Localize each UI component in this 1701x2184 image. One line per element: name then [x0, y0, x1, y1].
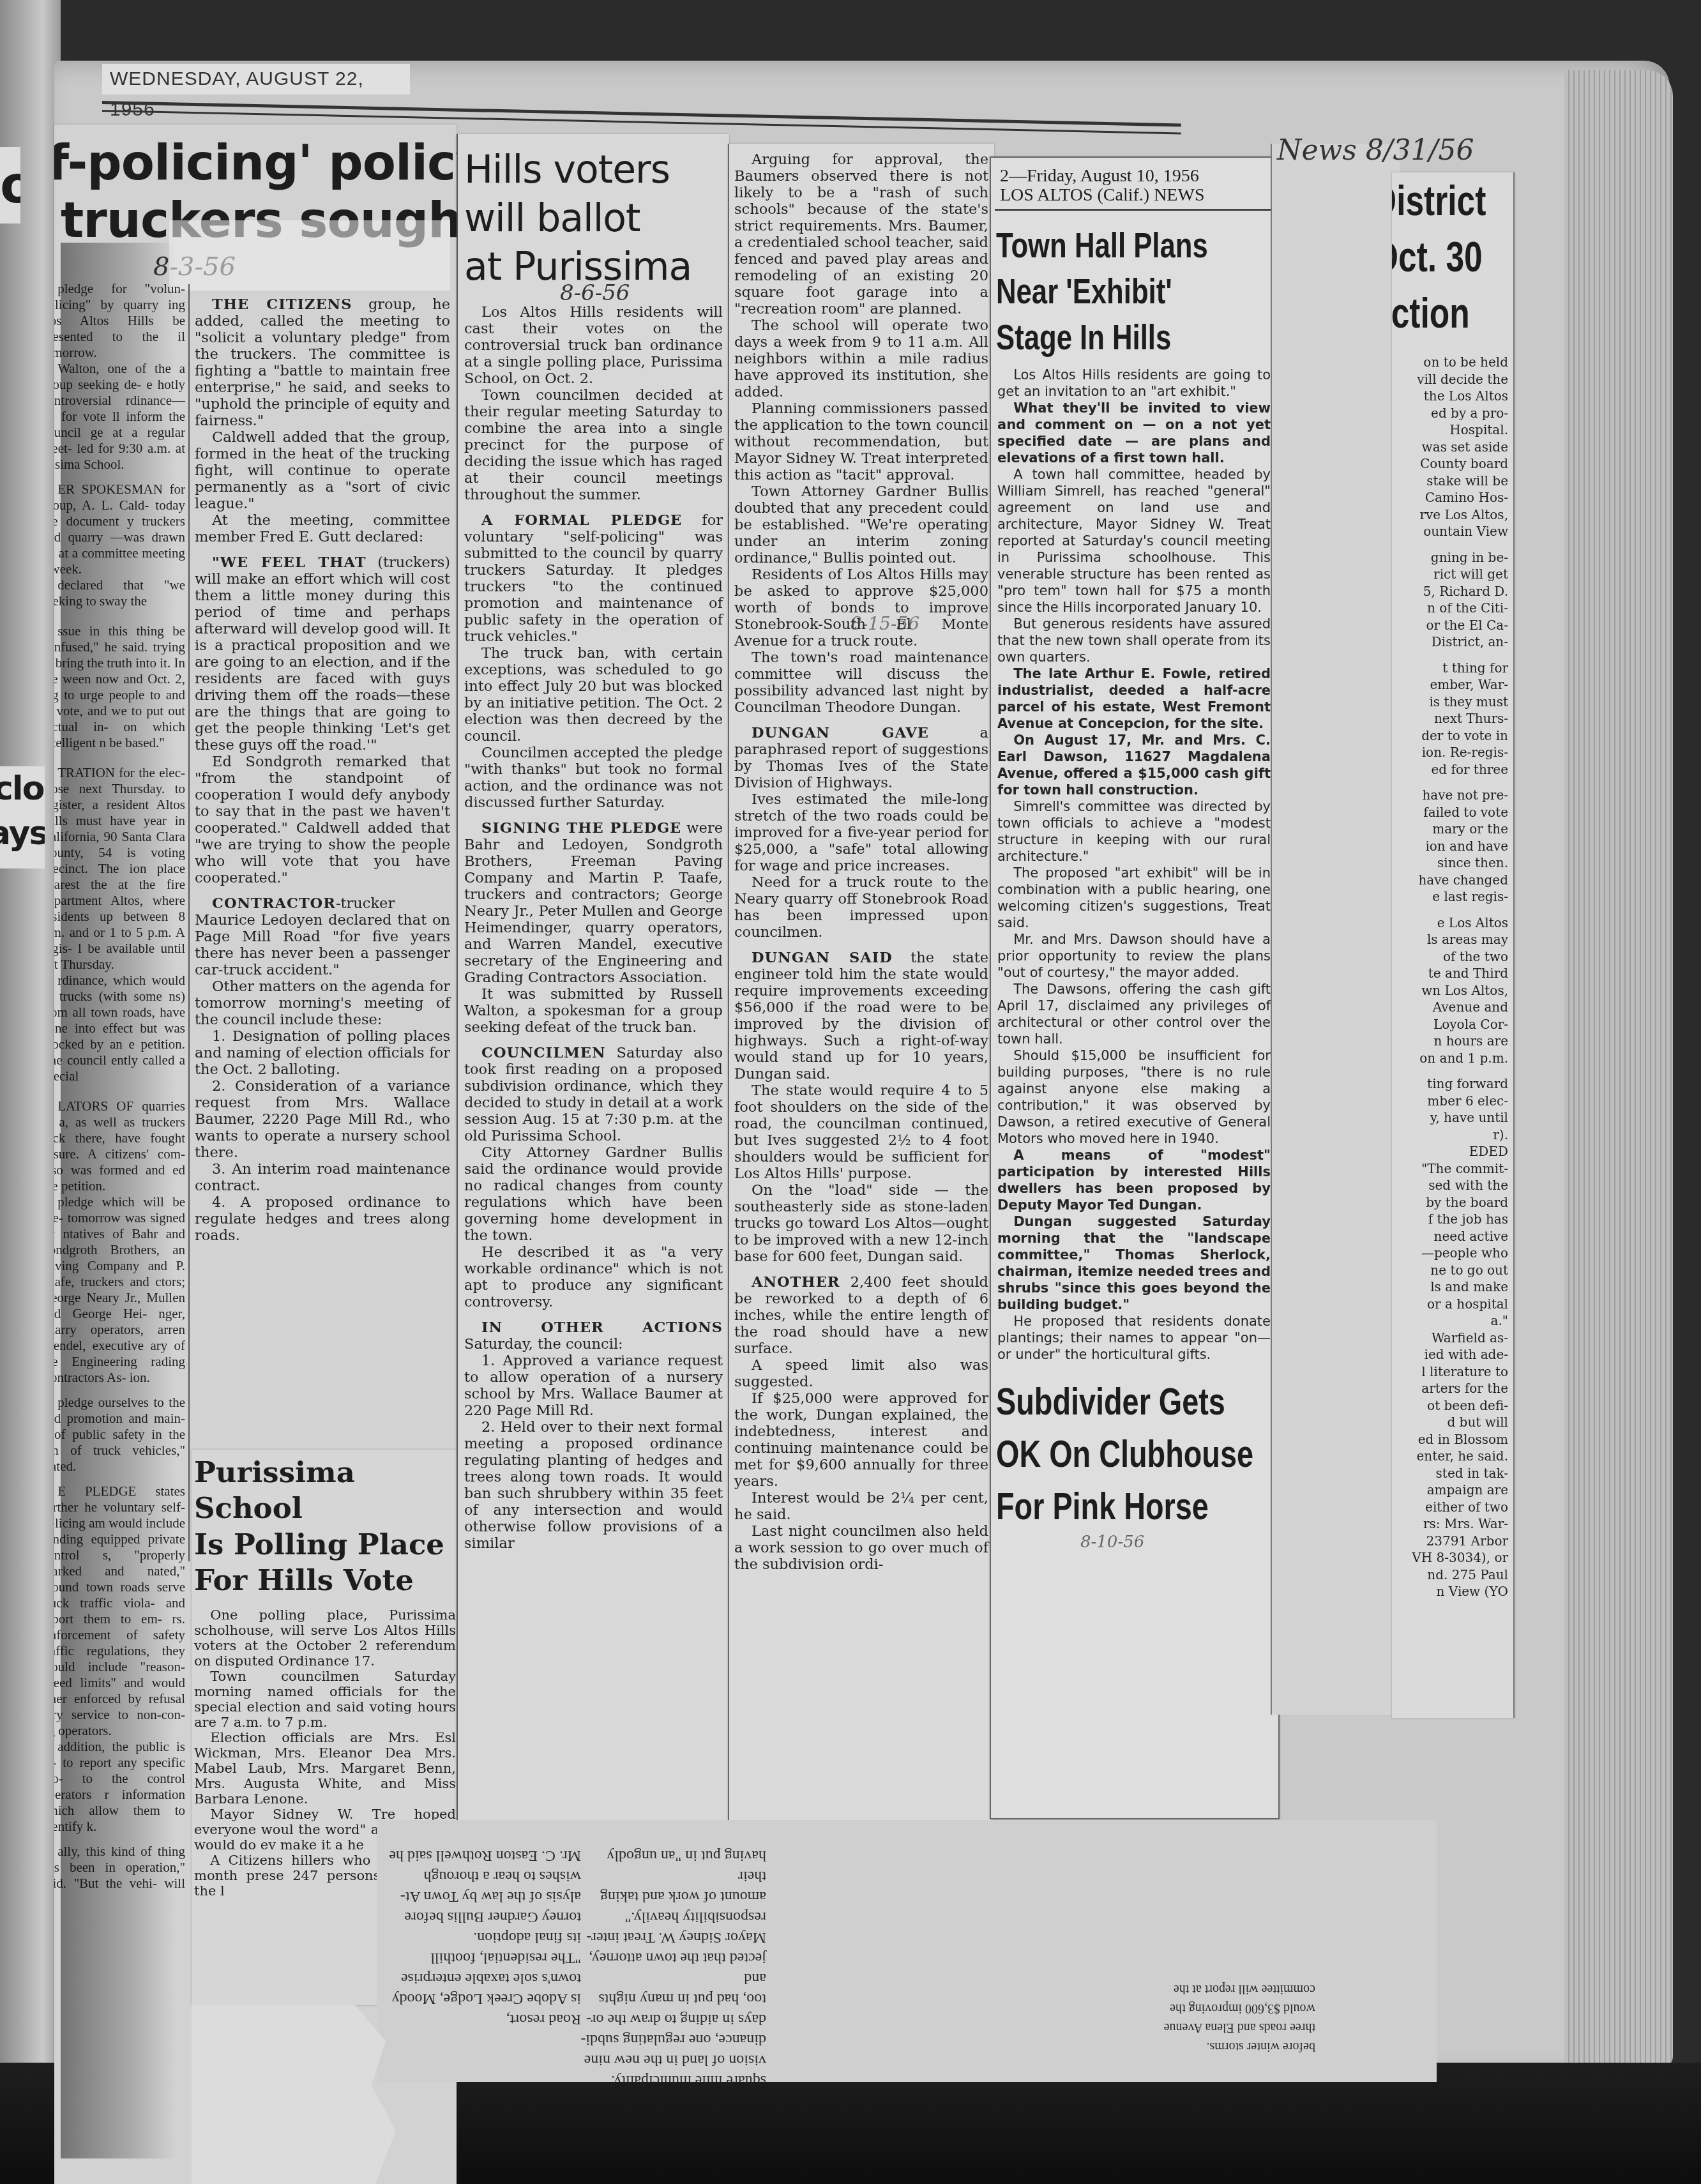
text-line: sed with the	[1392, 1177, 1508, 1194]
text-line: ied with ade-	[1392, 1346, 1508, 1363]
text-line: Hospital.	[1392, 421, 1508, 439]
upside-down-line: town's sole taxable enterprise	[383, 1968, 581, 1989]
paragraph: A town hall committee, headed by William…	[997, 466, 1271, 616]
text-line: 23791 Arbor	[1392, 1533, 1508, 1550]
text-line: arters for the	[1392, 1380, 1508, 1397]
paragraph: If $25,000 were approved for the work, D…	[734, 1390, 988, 1490]
text-line: ed for three	[1392, 761, 1508, 778]
text-line: ls and make	[1392, 1278, 1508, 1296]
text-line: sted in tak-	[1392, 1465, 1508, 1482]
text-line: or a hospital	[1392, 1296, 1508, 1313]
paragraph: COUNCILMEN Saturday also took first read…	[464, 1045, 723, 1144]
paragraph: Mr. and Mrs. Dawson should have a prior …	[997, 931, 1271, 981]
paragraph: Dungan suggested Saturday morning that t…	[997, 1213, 1271, 1313]
purissima-headline: Purissima School Is Polling Place For Hi…	[192, 1450, 460, 1598]
article-baumers-dungan: Arguing for approval, the Baumers observ…	[728, 144, 994, 1830]
paragraph-lead: CONTRACTOR	[212, 895, 336, 912]
text-line: ting forward	[1392, 1075, 1508, 1093]
text-line: —people who	[1392, 1245, 1508, 1262]
paragraph: Town Attorney Gardner Bullis doubted tha…	[734, 483, 988, 566]
text-line	[1392, 778, 1508, 787]
paragraph-lead: SIGNING THE PLEDGE	[481, 820, 681, 837]
text-line: r).	[1392, 1126, 1508, 1144]
text-line: of the two	[1392, 948, 1508, 966]
paragraph: The Dawsons, offering the cash gift Apri…	[997, 981, 1271, 1047]
paragraph: Ed Sondgroth remarked that "from the sta…	[195, 754, 450, 886]
text-line: on and 1 p.m.	[1392, 1050, 1508, 1067]
text-line: Loyola Cor-	[1392, 1016, 1508, 1033]
paragraph: Last night councilmen also held a work s…	[734, 1523, 988, 1573]
paragraph-lead: IN OTHER ACTIONS	[481, 1319, 723, 1336]
district-headline: District Oct. 30 ection	[1392, 172, 1513, 341]
upside-down-line: Mayor Sidney W. Treat inter-	[575, 1927, 766, 1948]
paragraph: THE CITIZENS group, he added, called the…	[195, 296, 450, 429]
upside-down-line: three roads and Elena Avenue	[1105, 2018, 1315, 2037]
upside-down-column-2: Road resort,is Adobe Creek Lodge, Moodyt…	[383, 1846, 581, 2029]
text-line: ed by a pro-	[1392, 405, 1508, 422]
text-line: have not pre-	[1392, 787, 1508, 804]
text-line: der to vote in	[1392, 727, 1508, 745]
upside-down-line: is Adobe Creek Lodge, Moody	[383, 1989, 581, 2009]
text-line: ampaign are	[1392, 1482, 1508, 1499]
upside-down-line: square mile municipality.	[575, 2070, 766, 2082]
text-line: 5, Richard D.	[1392, 583, 1508, 600]
masthead-paper: LOS ALTOS (Calif.) NEWS	[1000, 186, 1269, 205]
paragraph: Town councilmen decided at their regular…	[464, 387, 723, 503]
text-line: n hours are	[1392, 1033, 1508, 1050]
text-line: or the El Ca-	[1392, 617, 1508, 634]
upside-down-column-3: before winter storms.three roads and Ele…	[1105, 1980, 1315, 2056]
paragraph: SIGNING THE PLEDGE were Bahr and Ledoyen…	[464, 820, 723, 986]
text-line: stake will be	[1392, 473, 1508, 490]
text-line: enter, he said.	[1392, 1448, 1508, 1465]
text-line: since then.	[1392, 854, 1508, 872]
town-hall-headline: Town Hall Plans Near 'Exhibit' Stage In …	[991, 211, 1278, 367]
text-line: ountain View	[1392, 523, 1508, 540]
article-town-hall: 2—Friday, August 10, 1956 LOS ALTOS (Cal…	[990, 156, 1280, 1819]
text-line: VH 8-3034), or	[1392, 1549, 1508, 1566]
text-line	[1392, 906, 1508, 914]
baumers-dungan-body: Arguing for approval, the Baumers observ…	[729, 144, 994, 1573]
text-line: y, have until	[1392, 1109, 1508, 1126]
paragraph: CONTRACTOR-trucker Maurice Ledoyen decla…	[195, 895, 450, 978]
paragraph: A FORMAL PLEDGE for voluntary "self-poli…	[464, 512, 723, 645]
text-line: ne to go out	[1392, 1262, 1508, 1279]
self-policing-left-column: pledge for "volun- policing" by quarry i…	[54, 281, 185, 1907]
text-line: on to be held	[1392, 354, 1508, 371]
paragraph-lead: DUNGAN SAID	[752, 950, 893, 966]
text-line: ion. Re-regis-	[1392, 744, 1508, 761]
fragment-ays: ays!	[0, 811, 45, 856]
text-line: failed to vote	[1392, 804, 1508, 821]
self-policing-headline-1: f-policing' policy	[54, 137, 457, 188]
handwritten-date: 8-15-56	[850, 613, 919, 634]
text-line: rve Los Altos,	[1392, 506, 1508, 524]
text-line: vill decide the	[1392, 371, 1508, 388]
text-line	[1392, 651, 1508, 660]
text-line: t thing for	[1392, 660, 1508, 677]
page-edges	[1564, 70, 1673, 2069]
upside-down-line: Road resort,	[383, 2009, 581, 2029]
text-line: ed in Blossom	[1392, 1431, 1508, 1448]
text-line: wn Los Altos,	[1392, 982, 1508, 999]
upside-down-line: alysis of the law by Town At-	[383, 1886, 581, 1907]
paragraph: DUNGAN GAVE a paraphrased report of sugg…	[734, 725, 988, 791]
text-line: need active	[1392, 1228, 1508, 1245]
paragraph: City Attorney Gardner Bullis said the or…	[464, 1144, 723, 1244]
paragraph: Councilmen accepted the pledge "with tha…	[464, 745, 723, 811]
paragraph: It was submitted by Russell Walton, a sp…	[464, 986, 723, 1036]
upside-down-line: before winter storms.	[1105, 2037, 1315, 2056]
self-policing-right-column: THE CITIZENS group, he added, called the…	[195, 287, 450, 1244]
text-line: ion and have	[1392, 838, 1508, 855]
text-line: ot been defi-	[1392, 1397, 1508, 1414]
text-line: rict will get	[1392, 566, 1508, 583]
district-body: on to be heldvill decide thethe Los Alto…	[1392, 354, 1513, 1600]
paragraph: Los Altos Hills residents will cast thei…	[464, 304, 723, 387]
text-line: either of two	[1392, 1499, 1508, 1516]
text-line: a."	[1392, 1312, 1508, 1330]
text-line: mber 6 elec-	[1392, 1093, 1508, 1110]
paragraph: 1. Designation of polling places and nam…	[195, 1028, 450, 1078]
text-line: mary or the	[1392, 821, 1508, 838]
upside-down-line: responsibility heavily."	[575, 1907, 766, 1927]
paragraph: A speed limit also was suggested.	[734, 1357, 988, 1390]
upside-down-line: wishes to hear a thorough	[383, 1866, 581, 1886]
paragraph: 1. Approved a variance request to allow …	[464, 1353, 723, 1419]
text-line: Warfield as-	[1392, 1330, 1508, 1347]
text-line: ls areas may	[1392, 931, 1508, 948]
paragraph-lead: DUNGAN GAVE	[752, 725, 929, 741]
hills-voters-body: Los Altos Hills residents will cast thei…	[458, 304, 729, 1552]
text-line	[1392, 1066, 1508, 1075]
town-hall-body: Los Altos Hills residents are going to g…	[991, 367, 1277, 1363]
text-line: e Los Altos	[1392, 914, 1508, 932]
handwritten-date: 8-10-56	[1080, 1533, 1278, 1552]
text-line: e last regis-	[1392, 888, 1508, 906]
facing-left-page	[0, 0, 61, 2184]
subdivider-headline: Subdivider Gets OK On Clubhouse For Pink…	[991, 1363, 1278, 1533]
paragraph: Arguing for approval, the Baumers observ…	[734, 151, 988, 317]
article-hills-voters: Hills voters will ballot at Purissima 8-…	[457, 134, 729, 1820]
paragraph: 2. Consideration of a variance request f…	[195, 1078, 450, 1161]
paragraph: He proposed that residents donate planti…	[997, 1313, 1271, 1363]
paragraph: IN OTHER ACTIONS Saturday, the council:	[464, 1319, 723, 1353]
text-line: gning in be-	[1392, 549, 1508, 566]
upside-down-line: torney Gardner Bullis before	[383, 1907, 581, 1927]
left-page-fragment-clos: clos ays!	[0, 766, 45, 868]
upside-down-line: days in aiding to draw the or-	[575, 2009, 766, 2029]
column-divider	[188, 284, 190, 1561]
paragraph: 3. An interim road maintenance contract.	[195, 1161, 450, 1194]
hills-voters-headline: Hills voters will ballot at Purissima	[458, 134, 729, 291]
town-hall-masthead: 2—Friday, August 10, 1956 LOS ALTOS (Cal…	[995, 158, 1274, 211]
fragment-clos: clos	[0, 766, 45, 811]
handwritten-note: News 8/31/56	[1277, 134, 1474, 167]
text-line: County board	[1392, 455, 1508, 473]
upside-down-line: amount of work and taking their	[575, 1866, 766, 1907]
paragraph: Should $15,000 be insufficient for build…	[997, 1047, 1271, 1147]
upside-down-line: Mr. C. Easton Rothwell said he	[383, 1846, 581, 1866]
paragraph-lead: THE CITIZENS	[212, 296, 352, 313]
paragraph: Los Altos Hills residents are going to g…	[997, 367, 1271, 400]
paragraph: The late Arthur E. Fowle, retired indust…	[997, 665, 1271, 732]
tape-strip	[169, 220, 450, 291]
paragraph: But generous residents have assured that…	[997, 616, 1271, 665]
paragraph: The truck ban, with certain exceptions, …	[464, 645, 723, 745]
text-line: te and Third	[1392, 965, 1508, 982]
text-line: rs: Mrs. War-	[1392, 1515, 1508, 1533]
text-line: "The commit-	[1392, 1160, 1508, 1178]
paragraph: Simrell's committee was directed by town…	[997, 798, 1271, 865]
paragraph: He described it as "a very workable ordi…	[464, 1244, 723, 1310]
upside-down-clipping: square mile municipality.vision of land …	[377, 1820, 1437, 2082]
paragraph: DUNGAN SAID the state engineer told him …	[734, 950, 988, 1082]
text-line: n of the Citi-	[1392, 600, 1508, 617]
paragraph: 2. Held over to their next formal meetin…	[464, 1419, 723, 1552]
upside-down-line: vision of land in the new nine	[575, 2050, 766, 2070]
paragraph-lead: ANOTHER	[752, 1274, 840, 1291]
text-line	[1392, 540, 1508, 549]
text-line: have changed	[1392, 872, 1508, 889]
paragraph: Residents of Los Altos Hills may be aske…	[734, 566, 988, 649]
text-line: the Los Altos	[1392, 388, 1508, 405]
paragraph: The town's road maintenance committee wi…	[734, 649, 988, 716]
paragraph: 4. A proposed ordinance to regulate hedg…	[195, 1194, 450, 1244]
upside-down-line: its final adoption.	[383, 1927, 581, 1948]
paragraph: Caldwell added that the group, formed in…	[195, 429, 450, 512]
paragraph: A means of "modest" participation by int…	[997, 1147, 1271, 1213]
paragraph: On August 17, Mr. and Mrs. C. Earl Dawso…	[997, 732, 1271, 798]
text-line: d but will	[1392, 1414, 1508, 1431]
text-line: by the board	[1392, 1194, 1508, 1211]
paragraph-lead: COUNCILMEN	[481, 1045, 606, 1061]
paragraph: Interest would be 2¼ per cent, he said.	[734, 1490, 988, 1523]
paragraph: Planning commissioners passed the applic…	[734, 400, 988, 483]
paragraph: Need for a truck route to the Neary quar…	[734, 874, 988, 941]
paragraph: Ives estimated the mile-long stretch of …	[734, 791, 988, 874]
upside-down-line: jected that the town attorney,	[575, 1948, 766, 1968]
text-line: EDED	[1392, 1143, 1508, 1160]
left-page-fragment-o: o	[0, 147, 20, 224]
upside-down-line: too, had put in many nights and	[575, 1968, 766, 2009]
upside-down-line: would $3,600 improving the	[1105, 1999, 1315, 2018]
upside-down-line: having put in "an ungodly	[575, 1846, 766, 1866]
text-line: was set aside	[1392, 439, 1508, 456]
page-date-header: WEDNESDAY, AUGUST 22, 1956	[102, 64, 410, 95]
text-line: is they must	[1392, 694, 1508, 711]
text-line: District, an-	[1392, 633, 1508, 651]
upside-down-line: "The residential, foothill	[383, 1948, 581, 1968]
text-line: f the job has	[1392, 1211, 1508, 1228]
paragraph: What they'll be invited to view and comm…	[997, 400, 1271, 466]
upside-down-column-1: square mile municipality.vision of land …	[575, 1846, 766, 2082]
masthead-date: 2—Friday, August 10, 1956	[1000, 167, 1269, 186]
torn-paper-corner	[192, 2005, 396, 2184]
text-line: next Thurs-	[1392, 710, 1508, 727]
paragraph: The proposed "art exhibit" will be in co…	[997, 865, 1271, 931]
upside-down-line: committee will report at the	[1105, 1980, 1315, 1999]
text-line: ember, War-	[1392, 676, 1508, 694]
upside-down-line: dinance, one regulating subdi-	[575, 2029, 766, 2050]
paragraph: The state would require 4 to 5 foot shou…	[734, 1082, 988, 1182]
paragraph: Other matters on the agenda for tomorrow…	[195, 978, 450, 1028]
paragraph: ANOTHER 2,400 feet should be reworked to…	[734, 1274, 988, 1357]
paragraph: The school will operate two days a week …	[734, 317, 988, 400]
paragraph-lead: "WE FEEL THAT	[212, 554, 366, 571]
text-line: nd. 275 Paul	[1392, 1566, 1508, 1584]
paragraph: On the "load" side — the southeasterly s…	[734, 1182, 988, 1265]
paragraph: At the meeting, committee member Fred E.…	[195, 512, 450, 545]
text-line: Camino Hos-	[1392, 489, 1508, 506]
text-line: Avenue and	[1392, 999, 1508, 1016]
paragraph-lead: A FORMAL PLEDGE	[481, 512, 682, 529]
text-line: n View (YO	[1392, 1583, 1508, 1600]
blank-backing-paper	[1271, 144, 1400, 1715]
paragraph: "WE FEEL THAT (truckers) will make an ef…	[195, 554, 450, 754]
article-district-election: District Oct. 30 ection on to be heldvil…	[1392, 172, 1515, 1718]
text-line: l literature to	[1392, 1363, 1508, 1381]
